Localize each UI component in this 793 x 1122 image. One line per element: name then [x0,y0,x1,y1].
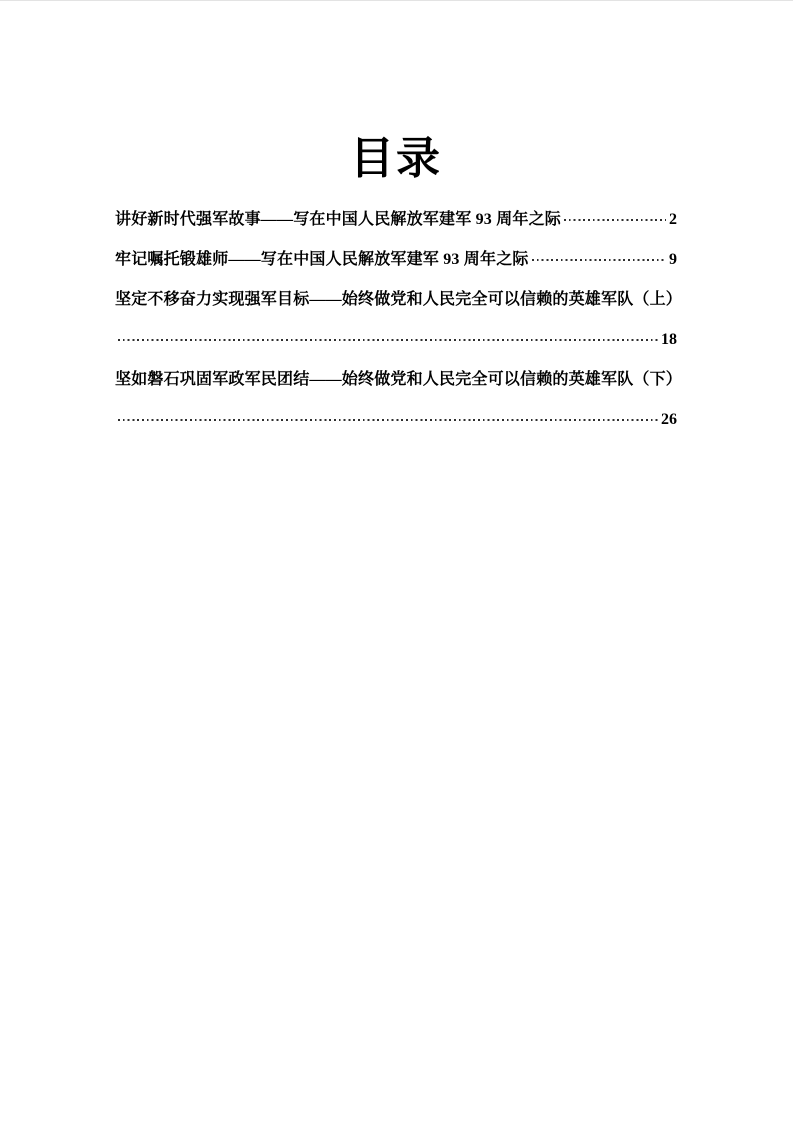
toc-page-number: 2 [669,200,677,240]
toc-entry-line: 牢记嘱托锻雄师——写在中国人民解放军建军 93 周年之际 9 [115,240,677,280]
toc-entry[interactable]: 坚定不移奋力实现强军目标——始终做党和人民完全可以信赖的英雄军队（上） 18 [115,280,677,360]
toc-page-number: 26 [661,400,677,440]
toc-entry-line: 讲好新时代强军故事——写在中国人民解放军建军 93 周年之际 2 [115,200,677,240]
toc-entry-title: 坚如磐石巩固军政军民团结——始终做党和人民完全可以信赖的英雄军队（下） [115,360,682,400]
toc-list: 讲好新时代强军故事——写在中国人民解放军建军 93 周年之际 2 牢记嘱托锻雄师… [115,200,677,440]
dot-leader [118,339,658,341]
toc-entry-title: 坚定不移奋力实现强军目标——始终做党和人民完全可以信赖的英雄军队（上） [115,280,682,320]
toc-entry[interactable]: 坚如磐石巩固军政军民团结——始终做党和人民完全可以信赖的英雄军队（下） 26 [115,360,677,440]
toc-page-number: 9 [669,240,677,280]
toc-entry[interactable]: 牢记嘱托锻雄师——写在中国人民解放军建军 93 周年之际 9 [115,240,677,280]
toc-title: 目录 [115,135,677,183]
toc-entry-line: 坚如磐石巩固军政军民团结——始终做党和人民完全可以信赖的英雄军队（下） [115,360,677,400]
toc-entry-title: 牢记嘱托锻雄师——写在中国人民解放军建军 93 周年之际 [115,240,529,280]
toc-entry-line: 26 [115,400,677,440]
toc-entry-line: 18 [115,320,677,360]
toc-entry[interactable]: 讲好新时代强军故事——写在中国人民解放军建军 93 周年之际 2 [115,200,677,240]
document-page: 目录 讲好新时代强军故事——写在中国人民解放军建军 93 周年之际 2 牢记嘱托… [0,0,793,1122]
toc-page-number: 18 [661,320,677,360]
dot-leader [118,419,658,421]
toc-entry-title: 讲好新时代强军故事——写在中国人民解放军建军 93 周年之际 [115,200,561,240]
dot-leader [564,219,666,221]
dot-leader [532,259,666,261]
toc-entry-line: 坚定不移奋力实现强军目标——始终做党和人民完全可以信赖的英雄军队（上） [115,280,677,320]
